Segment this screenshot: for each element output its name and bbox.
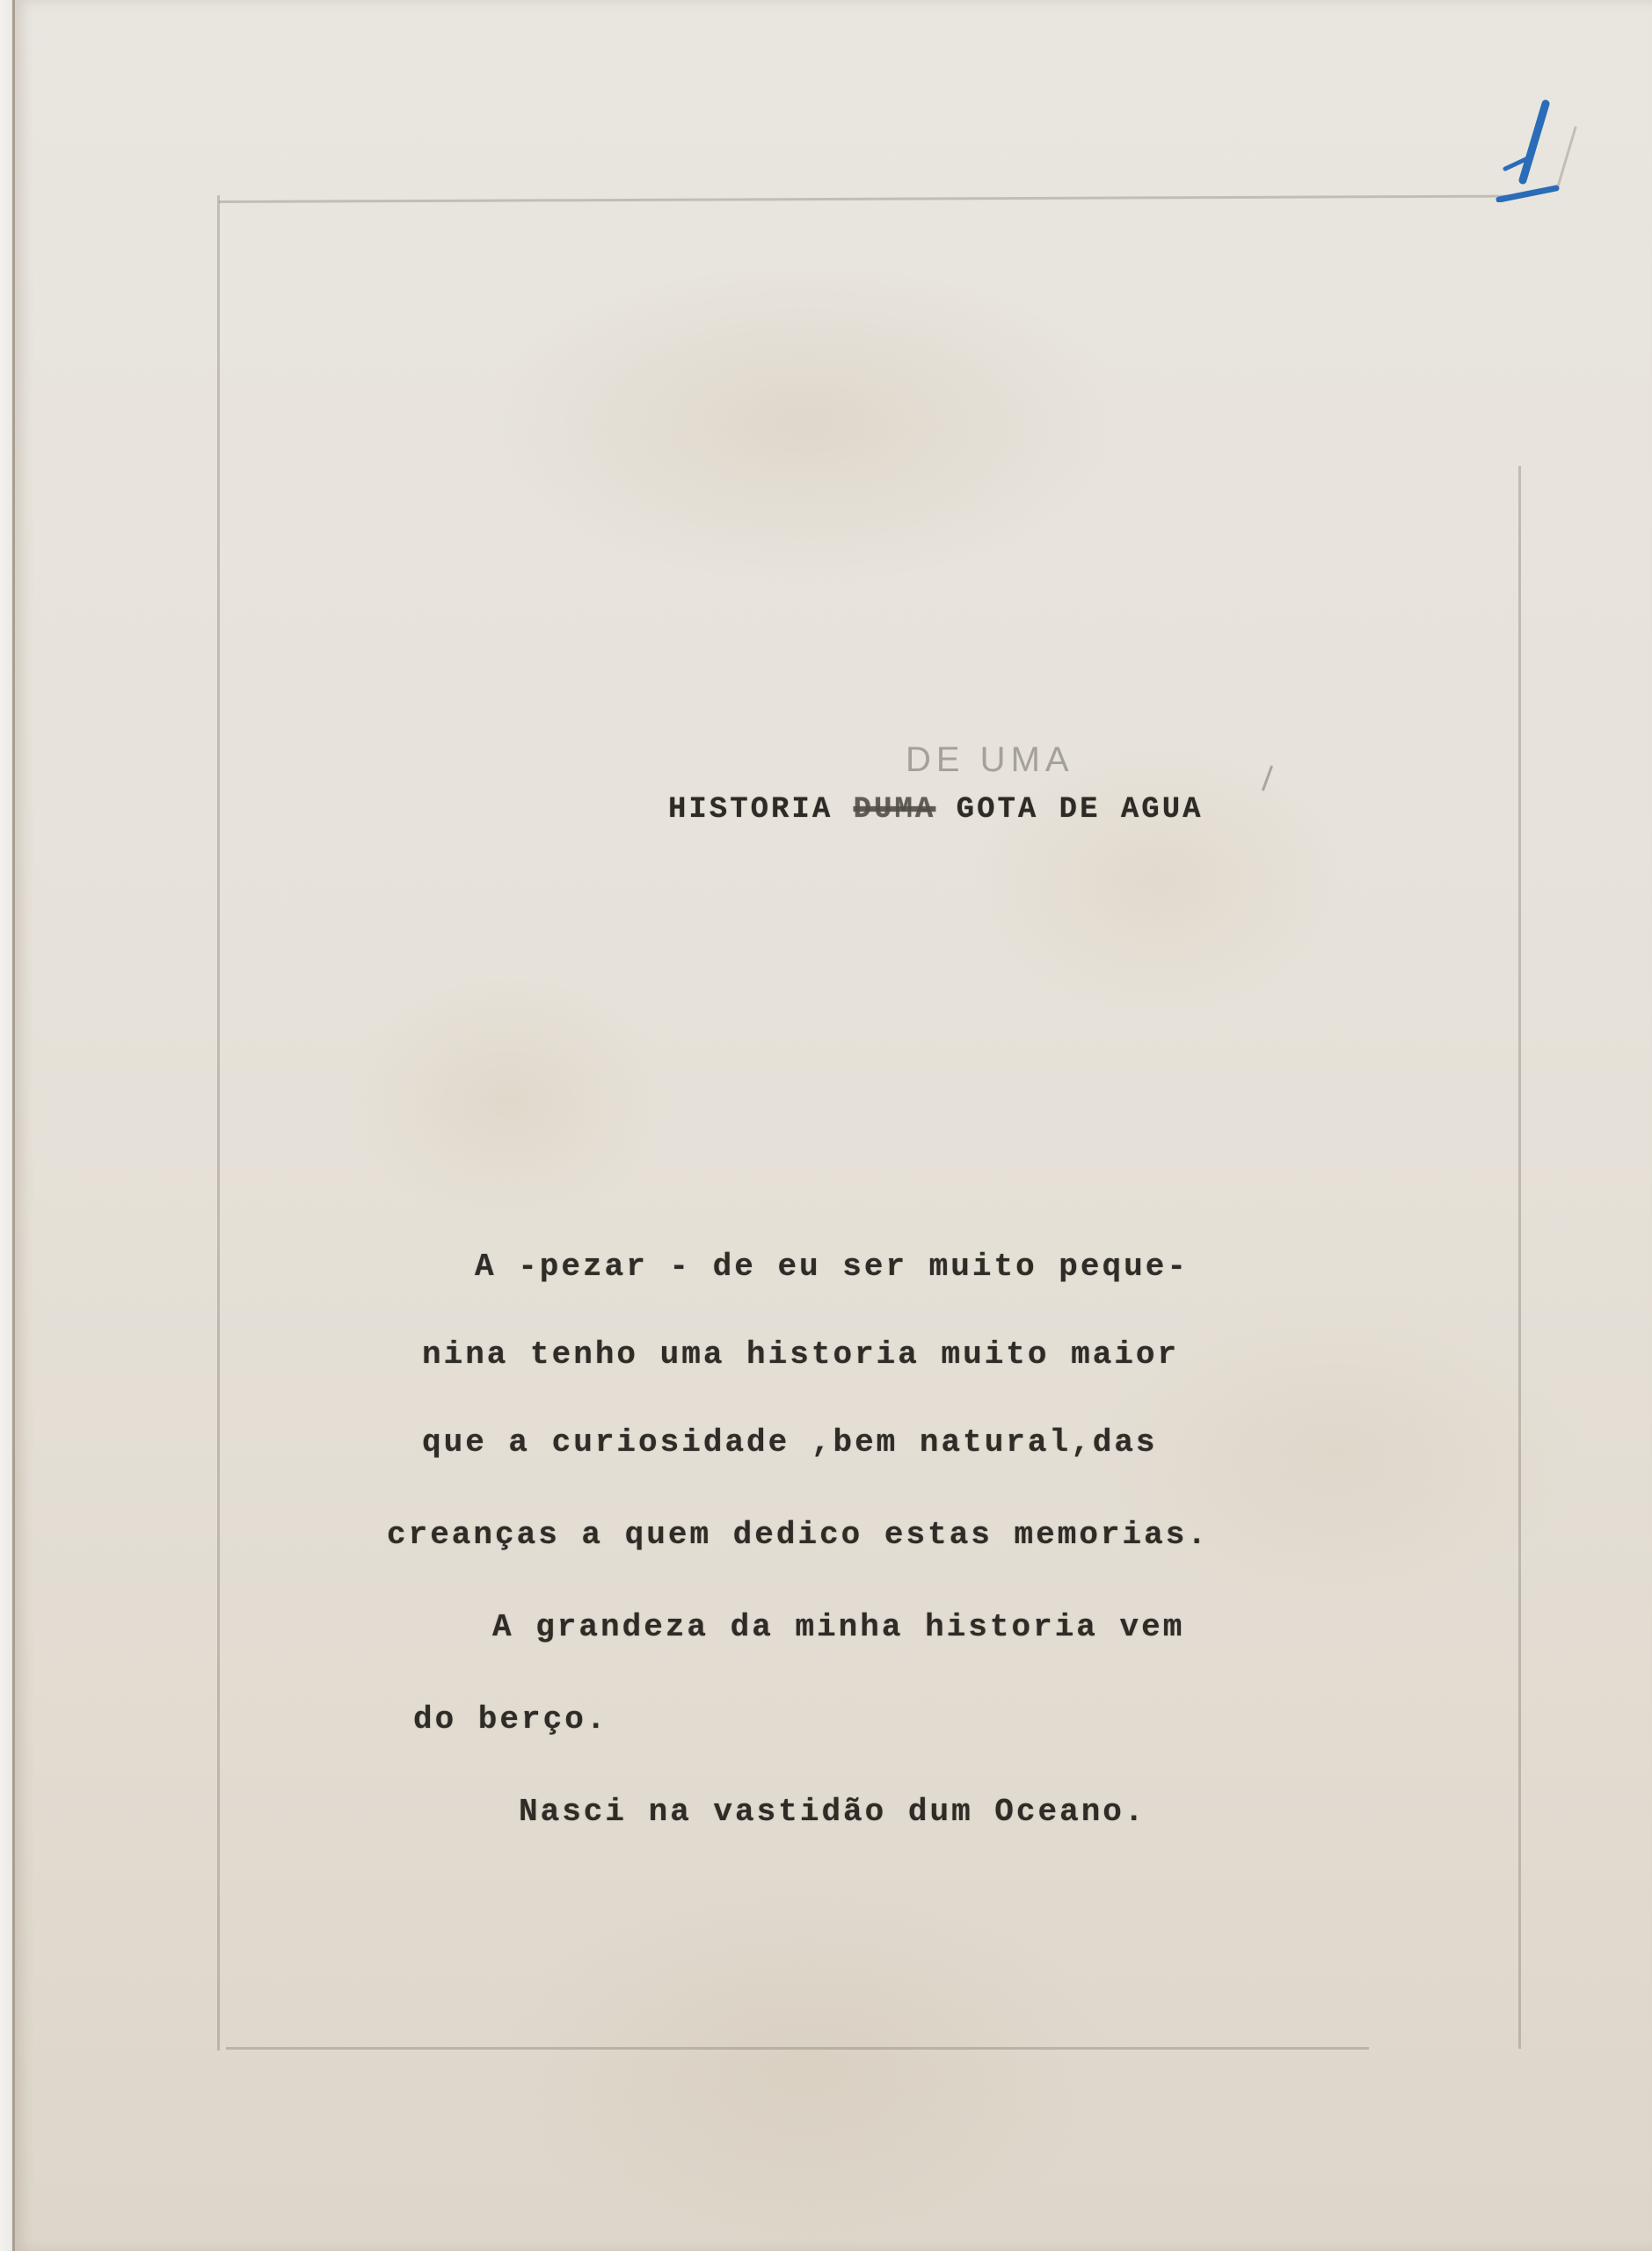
title-prefix: HISTORIA [668, 793, 854, 827]
body-line-7: Nasci na vastidão dum Oceano. [519, 1794, 1146, 1830]
pencil-margin-left [217, 195, 220, 2051]
typed-title-line: HISTORIA DUMA GOTA DE AGUA [668, 793, 1204, 827]
title-struck-word: DUMA [854, 793, 936, 827]
body-line-5: A grandeza da minha historia vem [492, 1609, 1184, 1645]
pencil-margin-bottom [226, 2047, 1369, 2050]
document-title: DE UMA HISTORIA DUMA GOTA DE AGUA [668, 739, 1372, 844]
body-line-3: que a curiosidade ,bem natural,das [422, 1424, 1158, 1461]
title-suffix: GOTA DE AGUA [935, 793, 1203, 827]
page-number-one-icon [1477, 88, 1583, 202]
handwritten-title-correction: DE UMA [906, 740, 1074, 780]
typewritten-page [12, 0, 1652, 2251]
body-line-4: creanças a quem dedico estas memorias. [387, 1517, 1209, 1553]
pencil-margin-top [219, 195, 1511, 203]
pencil-margin-right [1518, 466, 1521, 2049]
body-line-2: nina tenho uma historia muito maior [422, 1337, 1179, 1373]
body-line-6: do berço. [413, 1701, 608, 1737]
handwritten-page-number: 1 [1477, 88, 1583, 202]
body-line-1: A -pezar - de eu ser muito peque- [475, 1249, 1189, 1285]
pencil-tick-mark [1262, 765, 1273, 790]
